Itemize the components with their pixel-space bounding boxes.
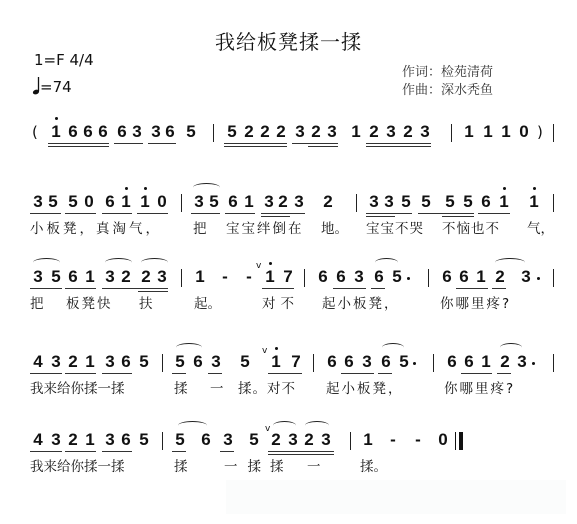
tempo-marking: =74 [32, 72, 72, 99]
barline [162, 432, 163, 450]
barline [356, 194, 357, 212]
note: 6 [104, 192, 116, 212]
note: 1 [498, 192, 510, 212]
lyric-text: 你哪里疼? [444, 380, 515, 398]
note: 2 [275, 122, 287, 142]
note: 5 [239, 352, 251, 372]
beam-underline [48, 143, 109, 144]
octave-up-dot [533, 187, 536, 190]
beam-underline [191, 213, 220, 214]
note: 2 [303, 430, 315, 450]
lyric-text: 起小板凳， [322, 295, 400, 313]
quarter-note-icon [32, 72, 40, 99]
beam-underline [261, 216, 290, 217]
lyric-text: 一揉 [224, 458, 271, 476]
dash-extension: - [412, 430, 424, 450]
lyric-text: 宝宝不哭 [366, 220, 424, 238]
lyric-text: 把 [193, 220, 207, 238]
note: 2 [259, 122, 271, 142]
score-line: 356132231--176636566123v把板凳快扶起。对不起小板凳，你哪… [0, 267, 577, 317]
note: 5 [226, 122, 238, 142]
note: 0 [518, 122, 530, 142]
note: 6 [67, 122, 79, 142]
slur [176, 343, 202, 352]
note: 6 [343, 352, 355, 372]
note: 2 [67, 430, 79, 450]
note: 2 [140, 267, 152, 287]
note: 5 [420, 192, 432, 212]
octave-up-dot [55, 117, 58, 120]
barline [304, 269, 305, 287]
slur [375, 258, 398, 267]
beam-underline [497, 373, 511, 374]
octave-up-dot [269, 262, 272, 265]
note: 1 [480, 352, 492, 372]
note: 3 [326, 122, 338, 142]
beam-underline [262, 288, 294, 289]
note: 5 [208, 192, 220, 212]
note: 6 [82, 122, 94, 142]
beam-underline [172, 373, 186, 374]
note: 3 [156, 267, 168, 287]
octave-up-dot [125, 187, 128, 190]
note: 3 [50, 352, 62, 372]
beam-underline [30, 288, 62, 289]
note: 7 [290, 352, 302, 372]
beam-underline [65, 373, 96, 374]
barline [451, 124, 452, 142]
barline [428, 269, 429, 287]
note: 6 [373, 267, 385, 287]
note: 3 [104, 430, 116, 450]
note: 6 [164, 122, 176, 142]
note: 2 [277, 192, 289, 212]
lyric-text: 我来给你揉一揉 [30, 458, 125, 476]
beam-underline [378, 373, 392, 374]
note: 3 [361, 352, 373, 372]
note: 6 [458, 267, 470, 287]
lyric-text: 我来给你揉一揉 [30, 380, 125, 398]
slur [105, 258, 132, 267]
note: 2 [322, 192, 334, 212]
beam-underline [456, 288, 488, 289]
note: 2 [494, 267, 506, 287]
note: 0 [437, 430, 449, 450]
note: 7 [282, 267, 294, 287]
lyric-text: 揉。对不 [238, 380, 296, 398]
beam-underline [65, 288, 96, 289]
note: 3 [419, 122, 431, 142]
tempo-value: =74 [40, 78, 72, 96]
note: 3 [287, 430, 299, 450]
lyric-text: 你哪里疼? [440, 295, 511, 313]
note: 4 [32, 430, 44, 450]
note: 6 [120, 430, 132, 450]
barline [553, 269, 554, 287]
note: 6 [227, 192, 239, 212]
beam-underline [30, 373, 62, 374]
note: 6 [116, 122, 128, 142]
beam-underline [308, 146, 338, 147]
beam-underline [366, 216, 395, 217]
note: 2 [120, 267, 132, 287]
note: 6 [335, 267, 347, 287]
lyric-text: 宝宝绊倒在 [226, 220, 304, 238]
octave-up-dot [275, 347, 278, 350]
note: 1 [243, 192, 255, 212]
note: 2 [499, 352, 511, 372]
barline [313, 354, 314, 372]
barline [162, 354, 163, 372]
breath-mark: v [256, 261, 261, 271]
note: 1 [362, 430, 374, 450]
note: 1 [463, 122, 475, 142]
intro-parenthesis: ( [32, 122, 38, 142]
note: 3 [320, 430, 332, 450]
note: 5 [398, 352, 410, 372]
note: 5 [67, 192, 79, 212]
barline [553, 124, 554, 142]
note: 6 [446, 352, 458, 372]
slur [33, 258, 60, 267]
lyric-text: 板凳快 [66, 295, 113, 313]
lyric-text: 揉 [270, 458, 284, 476]
note: 3 [104, 352, 116, 372]
beam-underline [366, 213, 412, 214]
slur [500, 343, 522, 352]
beam-underline [148, 143, 176, 144]
beam-underline [268, 451, 334, 452]
note: 5 [138, 430, 150, 450]
slur [141, 258, 168, 267]
beam-underline [137, 213, 168, 214]
note: 4 [32, 352, 44, 372]
score-line: 3550611035613232335555611小板凳，真淘气，把宝宝绊倒在地… [0, 192, 577, 242]
barline [350, 432, 351, 450]
note: 6 [200, 430, 212, 450]
key-signature: 1=F 4/4 [34, 48, 94, 72]
note: 1 [84, 352, 96, 372]
note: 3 [294, 122, 306, 142]
note: 2 [243, 122, 255, 142]
lyric-text: 对不 [262, 295, 299, 313]
barline [181, 269, 182, 287]
beam-underline [371, 288, 385, 289]
note: 3 [32, 267, 44, 287]
note: 5 [185, 122, 197, 142]
slur [495, 258, 525, 267]
credits: 作词：检苑清荷 作曲：深水秃鱼 [402, 64, 493, 100]
note: 3 [516, 352, 528, 372]
breath-mark: v [265, 424, 270, 434]
beam-underline [366, 143, 431, 144]
note: 2 [368, 122, 380, 142]
note: 2 [310, 122, 322, 142]
note: 6 [480, 192, 492, 212]
note: 2 [67, 352, 79, 372]
beam-underline [138, 291, 168, 292]
beam-underline [102, 288, 168, 289]
octave-up-dot [144, 187, 147, 190]
beam-underline [333, 288, 366, 289]
augmentation-dot [413, 362, 416, 365]
lyric-text: 不恼也不 [442, 220, 500, 238]
note: 3 [368, 192, 380, 212]
lyric-text: 扶 [139, 295, 153, 313]
note: 5 [400, 192, 412, 212]
note: 3 [104, 267, 116, 287]
note: 0 [156, 192, 168, 212]
barline [213, 124, 214, 142]
beam-underline [268, 373, 302, 374]
dash-extension: - [387, 430, 399, 450]
note: 1 [500, 122, 512, 142]
note: 6 [441, 267, 453, 287]
composer: 作曲：深水秃鱼 [402, 82, 493, 100]
slur [178, 421, 207, 430]
note: 6 [67, 267, 79, 287]
beam-underline [48, 146, 109, 147]
augmentation-dot [532, 362, 535, 365]
lyric-text: 气， [527, 220, 554, 238]
note: 6 [380, 352, 392, 372]
note: 5 [391, 267, 403, 287]
beam-underline [102, 451, 132, 452]
note: 1 [482, 122, 494, 142]
lyric-text: 把 [30, 295, 44, 313]
note: 3 [193, 192, 205, 212]
barline [553, 194, 554, 212]
breath-mark: v [262, 346, 267, 356]
augmentation-dot [537, 277, 540, 280]
note: 1 [50, 122, 62, 142]
beam-underline [30, 213, 61, 214]
note: 6 [326, 352, 338, 372]
note: 3 [32, 192, 44, 212]
lyric-text: 地。 [321, 220, 348, 238]
note: 3 [263, 192, 275, 212]
note: 1 [270, 352, 282, 372]
slur [382, 343, 404, 352]
watermark-area [226, 480, 566, 514]
beam-underline [224, 143, 287, 144]
note: 1 [528, 192, 540, 212]
beam-underline [292, 143, 338, 144]
intro-parenthesis: ) [537, 122, 543, 142]
note: 2 [270, 430, 282, 450]
beam-underline [492, 288, 506, 289]
slur [193, 183, 220, 192]
note: 3 [520, 267, 532, 287]
lyric-text: 小板凳，真淘气， [30, 220, 162, 238]
beam-underline [366, 146, 431, 147]
score-line: 4321365563523231--0v我来给你揉一揉揉一揉揉一揉。 [0, 430, 577, 480]
beam-underline [114, 143, 143, 144]
beam-underline [220, 451, 234, 452]
barline [181, 194, 182, 212]
note: 1 [120, 192, 132, 212]
final-barline-thick [459, 432, 463, 450]
note: 1 [84, 430, 96, 450]
slur [273, 421, 296, 430]
beam-underline [30, 451, 62, 452]
barline [433, 354, 434, 372]
dash-extension: - [243, 267, 255, 287]
final-barline-thin [455, 432, 456, 450]
note: 6 [120, 352, 132, 372]
beam-underline [172, 451, 186, 452]
lyric-text: 揉 [174, 458, 188, 476]
lyric-text: 揉 [174, 380, 188, 398]
beam-underline [461, 373, 492, 374]
note: 3 [353, 267, 365, 287]
score-line: 43213655635176636566123v我来给你揉一揉揉一揉。对不起小板… [0, 352, 577, 402]
octave-up-dot [503, 187, 506, 190]
note: 3 [210, 352, 222, 372]
lyric-text: 一 [307, 458, 321, 476]
note: 6 [317, 267, 329, 287]
lyric-text: 起。 [194, 295, 221, 313]
beam-underline [341, 373, 374, 374]
beam-underline [208, 373, 222, 374]
note: 5 [47, 192, 59, 212]
slur [305, 421, 329, 430]
dash-extension: - [219, 267, 231, 287]
beam-underline [478, 213, 510, 214]
lyric-text: 一 [210, 380, 224, 398]
note: 5 [138, 352, 150, 372]
note: 1 [139, 192, 151, 212]
note: 1 [194, 267, 206, 287]
beam-underline [268, 454, 334, 455]
note: 5 [174, 430, 186, 450]
note: 1 [264, 267, 276, 287]
note: 2 [402, 122, 414, 142]
beam-underline [442, 216, 474, 217]
beam-underline [102, 213, 132, 214]
note: 3 [222, 430, 234, 450]
note: 6 [192, 352, 204, 372]
beam-underline [418, 213, 474, 214]
note: 5 [444, 192, 456, 212]
beam-underline [261, 213, 305, 214]
note: 3 [150, 122, 162, 142]
note: 1 [475, 267, 487, 287]
note: 1 [84, 267, 96, 287]
note: 3 [131, 122, 143, 142]
lyricist: 作词：检苑清荷 [402, 64, 493, 82]
note: 3 [383, 192, 395, 212]
beam-underline [65, 213, 96, 214]
note: 6 [97, 122, 109, 142]
beam-underline [225, 213, 255, 214]
lyric-text: 揉。 [360, 458, 387, 476]
note: 5 [50, 267, 62, 287]
beam-underline [65, 451, 96, 452]
beam-underline [102, 373, 132, 374]
note: 5 [248, 430, 260, 450]
lyric-text: 起小板凳， [326, 380, 404, 398]
note: 6 [463, 352, 475, 372]
note: 3 [293, 192, 305, 212]
note: 5 [174, 352, 186, 372]
note: 1 [350, 122, 362, 142]
note: 3 [385, 122, 397, 142]
barline [553, 354, 554, 372]
score-line: (1666633655222323123231110) [0, 122, 577, 172]
augmentation-dot [407, 277, 410, 280]
note: 3 [50, 430, 62, 450]
note: 5 [462, 192, 474, 212]
beam-underline [224, 146, 287, 147]
note: 0 [83, 192, 95, 212]
